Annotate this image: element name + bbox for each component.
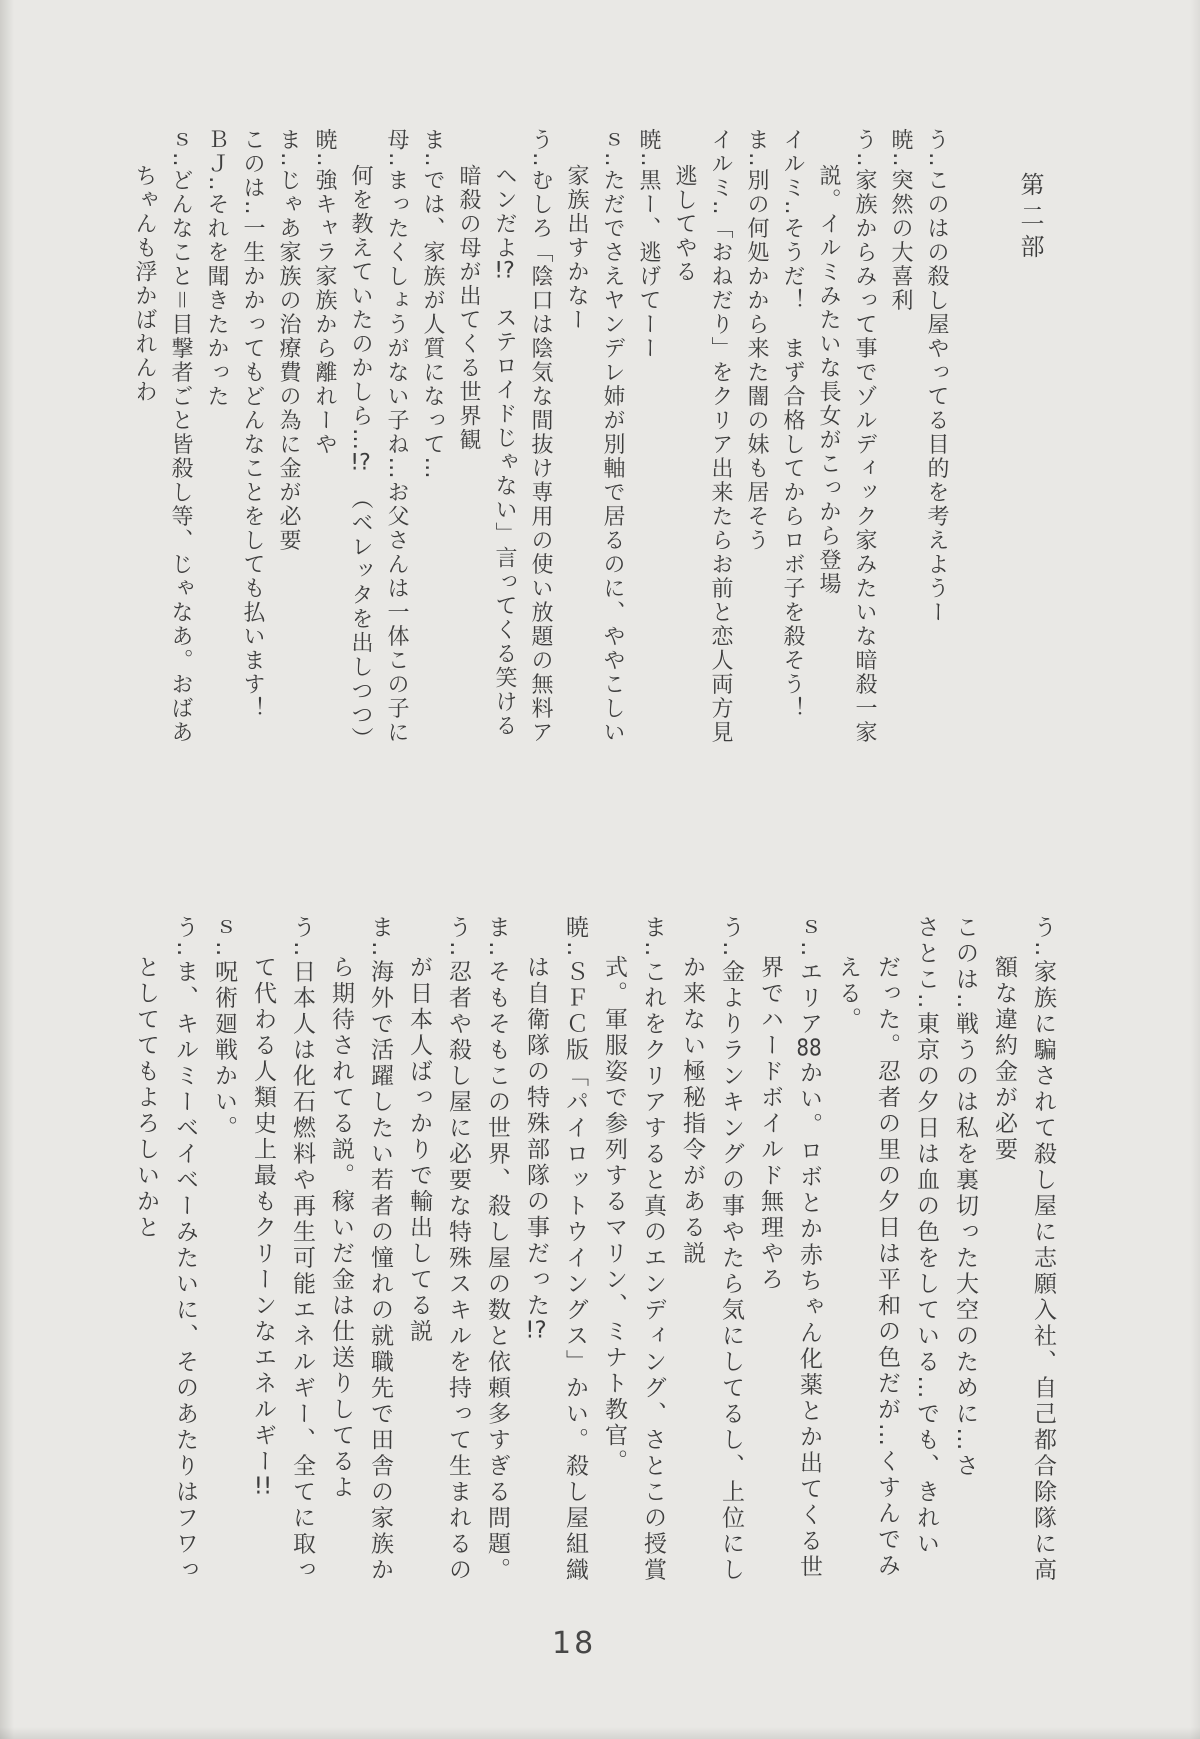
text-column-wrap: が日本人ばっかりで輸出してる説 — [399, 915, 438, 1625]
text-column: う‥忍者や殺し屋に必要な特殊スキルを持って生まれるの — [438, 915, 477, 1625]
page-number: 18 — [552, 1626, 596, 1661]
text-column-wrap: ちゃんも浮かばれんわ — [126, 128, 162, 828]
text-column: 母‥まったくしょうがない子ね…お父さんは一体この子に — [378, 128, 414, 828]
text-column: このは‥戦うのは私を裏切った大空のために…さ — [945, 915, 984, 1625]
scanned-page: { "page": { "heading": "第二部", "page_numb… — [0, 0, 1200, 1739]
text-column-wrap: て代わる人類史上最もクリーンなエネルギー!! — [243, 915, 282, 1625]
text-column: ｓ‥呪術廻戦かい。 — [204, 915, 243, 1625]
bottom-text-block: う‥家族に騙されて殺し屋に志願入社、自己都合除隊に高額な違約金が必要このは‥戦う… — [126, 915, 1062, 1625]
text-column: 暁‥黒ー、逃げてーー — [630, 128, 666, 828]
text-column: う‥金よりランキングの事やたら気にしてるし、上位にし — [711, 915, 750, 1625]
text-column-wrap: 何を教えていたのかしら…!? （ベレッタを出しつつ） — [342, 128, 378, 828]
text-column-wrap: 家族出すかなー — [558, 128, 594, 828]
text-column: さとこ‥東京の夕日は血の色をしている…でも、きれい — [906, 915, 945, 1625]
tatechuyoko-run: !? — [348, 452, 373, 474]
tatechuyoko-run: !? — [523, 1319, 549, 1342]
text-column-wrap: 逃してやる — [666, 128, 702, 828]
text-column-wrap: 界でハードボイルド無理やろ — [750, 915, 789, 1625]
text-column: 暁‥ＳＦＣ版「パイロットウイングス」かい。殺し屋組織 — [555, 915, 594, 1625]
text-column: う‥家族に騙されて殺し屋に志願入社、自己都合除隊に高 — [1023, 915, 1062, 1625]
text-column: う‥日本人は化石燃料や再生可能エネルギー、全てに取っ — [282, 915, 321, 1625]
text-column: う‥家族からみって事でゾルディック家みたいな暗殺一家 — [846, 128, 882, 828]
text-column: ｓ‥どんなこと＝目撃者ごと皆殺し等、じゃなあ。おばあ — [162, 128, 198, 828]
text-column: ま‥これをクリアすると真のエンディング、さとこの授賞 — [633, 915, 672, 1625]
text-column-wrap: としててもよろしいかと — [126, 915, 165, 1625]
text-column: ま‥そもそもこの世界、殺し屋の数と依頼多すぎる問題。 — [477, 915, 516, 1625]
text-column: う‥このはの殺し屋やってる目的を考えようー — [918, 128, 954, 828]
chapter-heading: 第二部 — [1013, 172, 1048, 265]
text-column-wrap: 額な違約金が必要 — [984, 915, 1023, 1625]
text-column-wrap: える。 — [828, 915, 867, 1625]
tatechuyoko-run: !! — [250, 1475, 276, 1498]
text-column: ｓ‥エリア88かい。ロボとか赤ちゃん化薬とか出てくる世 — [789, 915, 828, 1625]
text-column: イルミ‥「おねだり」をクリア出来たらお前と恋人両方見 — [702, 128, 738, 828]
text-column-wrap: ら期待されてる説。稼いだ金は仕送りしてるよ — [321, 915, 360, 1625]
tatechuyoko-run: 88 — [796, 1037, 822, 1060]
text-column-wrap: は自衛隊の特殊部隊の事だった!? — [516, 915, 555, 1625]
text-column: このは‥一生かかってもどんなことをしても払います！ — [234, 128, 270, 828]
text-column: ま‥じゃあ家族の治療費の為に金が必要 — [270, 128, 306, 828]
text-column: イルミ‥そうだ！ まず合格してからロボ子を殺そう！ — [774, 128, 810, 828]
text-column-wrap: だった。忍者の里の夕日は平和の色だが…くすんでみ — [867, 915, 906, 1625]
text-column: う‥むしろ「陰口は陰気な間抜け専用の使い放題の無料ア — [522, 128, 558, 828]
text-column: ま‥海外で活躍したい若者の憧れの就職先で田舎の家族か — [360, 915, 399, 1625]
text-column: 暁‥突然の大喜利 — [882, 128, 918, 828]
text-column: ま‥では、家族が人質になって… — [414, 128, 450, 828]
text-column: ＢＪ‥それを聞きたかった — [198, 128, 234, 828]
text-column: う‥ま、キルミーベイベーみたいに、そのあたりはフワっ — [165, 915, 204, 1625]
text-column: 暁‥強キャラ家族から離れーや — [306, 128, 342, 828]
text-column-wrap: 式。軍服姿で参列するマリン、ミナト教官。 — [594, 915, 633, 1625]
text-column-wrap: 説。イルミみたいな長女がこっから登場 — [810, 128, 846, 828]
text-column-wrap: ヘンだよ!? ステロイドじゃない」言ってくる笑ける — [486, 128, 522, 828]
text-column: ま‥別の何処かから来た闇の妹も居そう — [738, 128, 774, 828]
text-column-wrap: か来ない極秘指令がある説 — [672, 915, 711, 1625]
text-column-wrap: 暗殺の母が出てくる世界観 — [450, 128, 486, 828]
text-column: ｓ‥ただでさえヤンデレ姉が別軸で居るのに、ややこしい — [594, 128, 630, 828]
tatechuyoko-run: !? — [492, 260, 517, 282]
top-text-block: う‥このはの殺し屋やってる目的を考えようー暁‥突然の大喜利う‥家族からみって事で… — [126, 128, 954, 828]
